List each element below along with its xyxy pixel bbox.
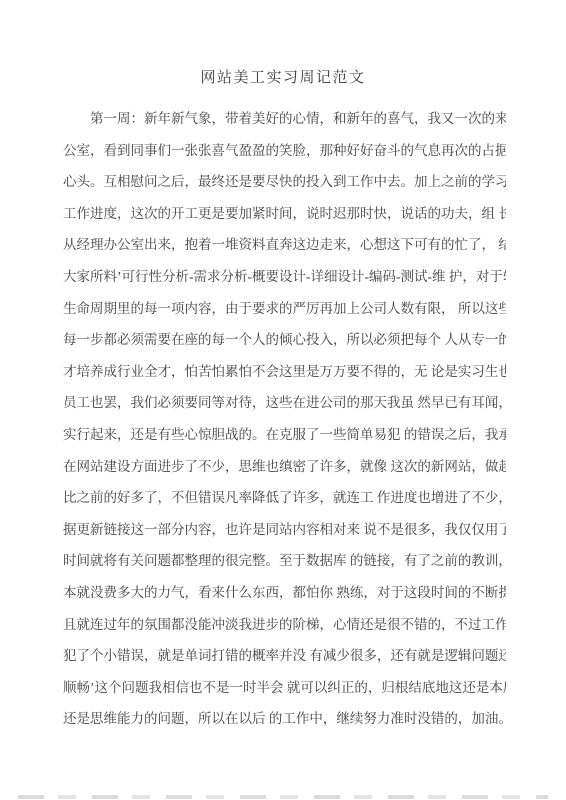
text-line: 心头。互相慰问之后，最终还是要尽快的投入到工作中去。加上之前的学习 过程和 [63,166,506,198]
text-line: 犯了个小错误，就是单词打错的概率并没 有减少很多，还有就是逻辑问题还不是很 [63,640,506,672]
text-line: 顺畅’这个问题我相信也不是一时半会 就可以纠正的，归根结底地这还是本质问题， [63,672,506,704]
text-line: 时间就将有关问题都整理的很完整。至于数据库 的链接，有了之前的教训，这次根 [63,545,506,577]
text-line: 在网站建设方面进步了不少，思维也缜密了许多，就像 这次的新网站，做起来还是 [63,451,506,483]
text-line: 还是思维能力的问题，所以在以后 的工作中，继续努力准时没错的，加油。想想工 [63,703,506,735]
document-page: 网站美工实习周记范文 第一周：新年新气象，带着美好的心情，和新年的喜气，我又一次… [0,0,566,800]
text-line: 从经理办公室出来，抱着一堆资料直奔这边走来，心想这下可有的忙了， 结果不出 [63,229,506,261]
text-line: 第一周：新年新气象，带着美好的心情，和新年的喜气，我又一次的来到了 办 [63,103,506,135]
text-line: 本就没费多大的力气，看来什么东西，都怕你 熟练，对于这段时间的不断提升，而 [63,577,506,609]
text-line: 员工也罢，我们必须要同等对待，这些在进公司的那天我虽 然早已有耳闻，但真正 [63,387,506,419]
text-line: 每一步都必须需要在座的每一个人的倾心投入，所以必须把每个 人从专一的专业专 [63,324,506,356]
text-line: 公室，看到同事们一张张喜气盈盈的笑脸，那种好好奋斗的气息再次的占据了 我的 [63,135,506,167]
text-line: 大家所料’可行性分析-需求分析-概要设计-详细设计-编码-测试-维 护，对于软件 [63,261,506,293]
text-line: 才培养成行业全才，怕苦怕累怕不会这里是万万要不得的，无 论是实习生也好正式 [63,356,506,388]
text-line: 且就连过年的氛围都没能冲淡我进步的阶梯，心情还是很不错的，不过工作期间还是 [63,609,506,641]
paragraph: 第一周：新年新气象，带着美好的心情，和新年的喜气，我又一次的来到了 办 公室，看… [63,103,506,735]
text-line: 工作进度，这次的开工更是要加紧时间，说时迟那时快，说话的功夫，组 长匆忙的 [63,198,506,230]
document-title: 网站美工实习周记范文 [0,66,566,87]
next-line-cutoff-fragment [18,795,548,799]
text-line: 实行起来，还是有些心惊胆战的。在克服了一些简单易犯 的错误之后，我承认自己 [63,419,506,451]
text-line: 生命周期里的每一项内容，由于要求的严厉再加上公司人数有限， 所以这些问题的 [63,293,506,325]
text-line: 据更新链接这一部分内容，也许是同站内容相对来 说不是很多，我仅仅用了半天的 [63,514,506,546]
text-line: 比之前的好多了，不但错误凡率降低了许多，就连工 作进度也增进了不少，在做数 [63,482,506,514]
